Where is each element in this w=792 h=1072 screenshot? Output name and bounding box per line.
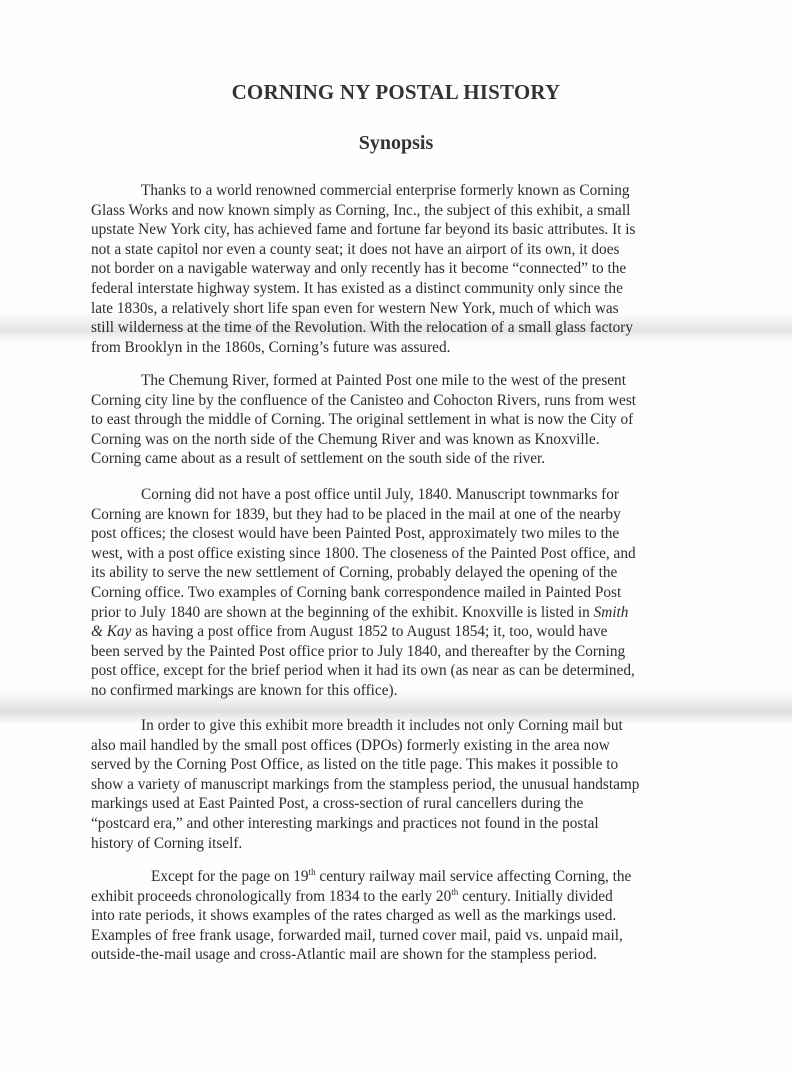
scanned-page: CORNING NY POSTAL HISTORY Synopsis Thank… <box>0 0 792 1072</box>
text-line: late 1830s, a relatively short life span… <box>91 299 731 319</box>
document-title: CORNING NY POSTAL HISTORY <box>0 80 792 105</box>
text-line: Corning did not have a post office until… <box>91 485 731 505</box>
text-line: Corning came about as a result of settle… <box>91 449 731 469</box>
text-line: its ability to serve the new settlement … <box>91 563 731 583</box>
text-line: no confirmed markings are known for this… <box>91 681 731 701</box>
text-line: federal interstate highway system. It ha… <box>91 279 731 299</box>
text-line: Corning was on the north side of the Che… <box>91 430 731 450</box>
text-line: post office, except for the brief period… <box>91 661 731 681</box>
text-line: from Brooklyn in the 1860s, Corning’s fu… <box>91 338 731 358</box>
paragraph-introduction: Thanks to a world renowned commercial en… <box>91 181 731 357</box>
paragraph-exhibit-chronology: Except for the page on 19th century rail… <box>91 867 731 965</box>
text-line: Corning office. Two examples of Corning … <box>91 583 731 603</box>
text-line: served by the Corning Post Office, as li… <box>91 755 731 775</box>
document-subtitle: Synopsis <box>0 132 792 155</box>
text-line: The Chemung River, formed at Painted Pos… <box>91 371 731 391</box>
text-line: In order to give this exhibit more bread… <box>91 716 731 736</box>
text-line: been served by the Painted Post office p… <box>91 642 731 662</box>
text-line: Thanks to a world renowned commercial en… <box>91 181 731 201</box>
paragraph-chemung-river: The Chemung River, formed at Painted Pos… <box>91 371 731 469</box>
ordinal-suffix: th <box>309 867 316 877</box>
text-line: post offices; the closest would have bee… <box>91 524 731 544</box>
text-line: Corning city line by the confluence of t… <box>91 391 731 411</box>
text-line: Examples of free frank usage, forwarded … <box>91 926 731 946</box>
text-line: markings used at East Painted Post, a cr… <box>91 794 731 814</box>
text-line: not a state capitol nor even a county se… <box>91 240 731 260</box>
italic-reference: & Kay <box>91 623 131 640</box>
text-line: outside-the-mail usage and cross-Atlanti… <box>91 945 731 965</box>
text-line: Corning are known for 1839, but they had… <box>91 505 731 525</box>
text-line: west, with a post office existing since … <box>91 544 731 564</box>
text-line: & Kay as having a post office from Augus… <box>91 622 731 642</box>
text-line: prior to July 1840 are shown at the begi… <box>91 603 731 623</box>
text-line: not border on a navigable waterway and o… <box>91 259 731 279</box>
text-line: Except for the page on 19th century rail… <box>91 867 731 887</box>
text-line: Glass Works and now known simply as Corn… <box>91 201 731 221</box>
text-line: “postcard era,” and other interesting ma… <box>91 814 731 834</box>
text-line: into rate periods, it shows examples of … <box>91 906 731 926</box>
italic-reference: Smith <box>594 604 629 621</box>
paragraph-exhibit-breadth: In order to give this exhibit more bread… <box>91 716 731 853</box>
text-line: history of Corning itself. <box>91 834 731 854</box>
text-line: show a variety of manuscript markings fr… <box>91 775 731 795</box>
text-line: to east through the middle of Corning. T… <box>91 410 731 430</box>
text-line: upstate New York city, has achieved fame… <box>91 220 731 240</box>
paragraph-post-office-history: Corning did not have a post office until… <box>91 485 731 701</box>
text-line: also mail handled by the small post offi… <box>91 736 731 756</box>
text-line: still wilderness at the time of the Revo… <box>91 318 731 338</box>
text-line: exhibit proceeds chronologically from 18… <box>91 887 731 907</box>
